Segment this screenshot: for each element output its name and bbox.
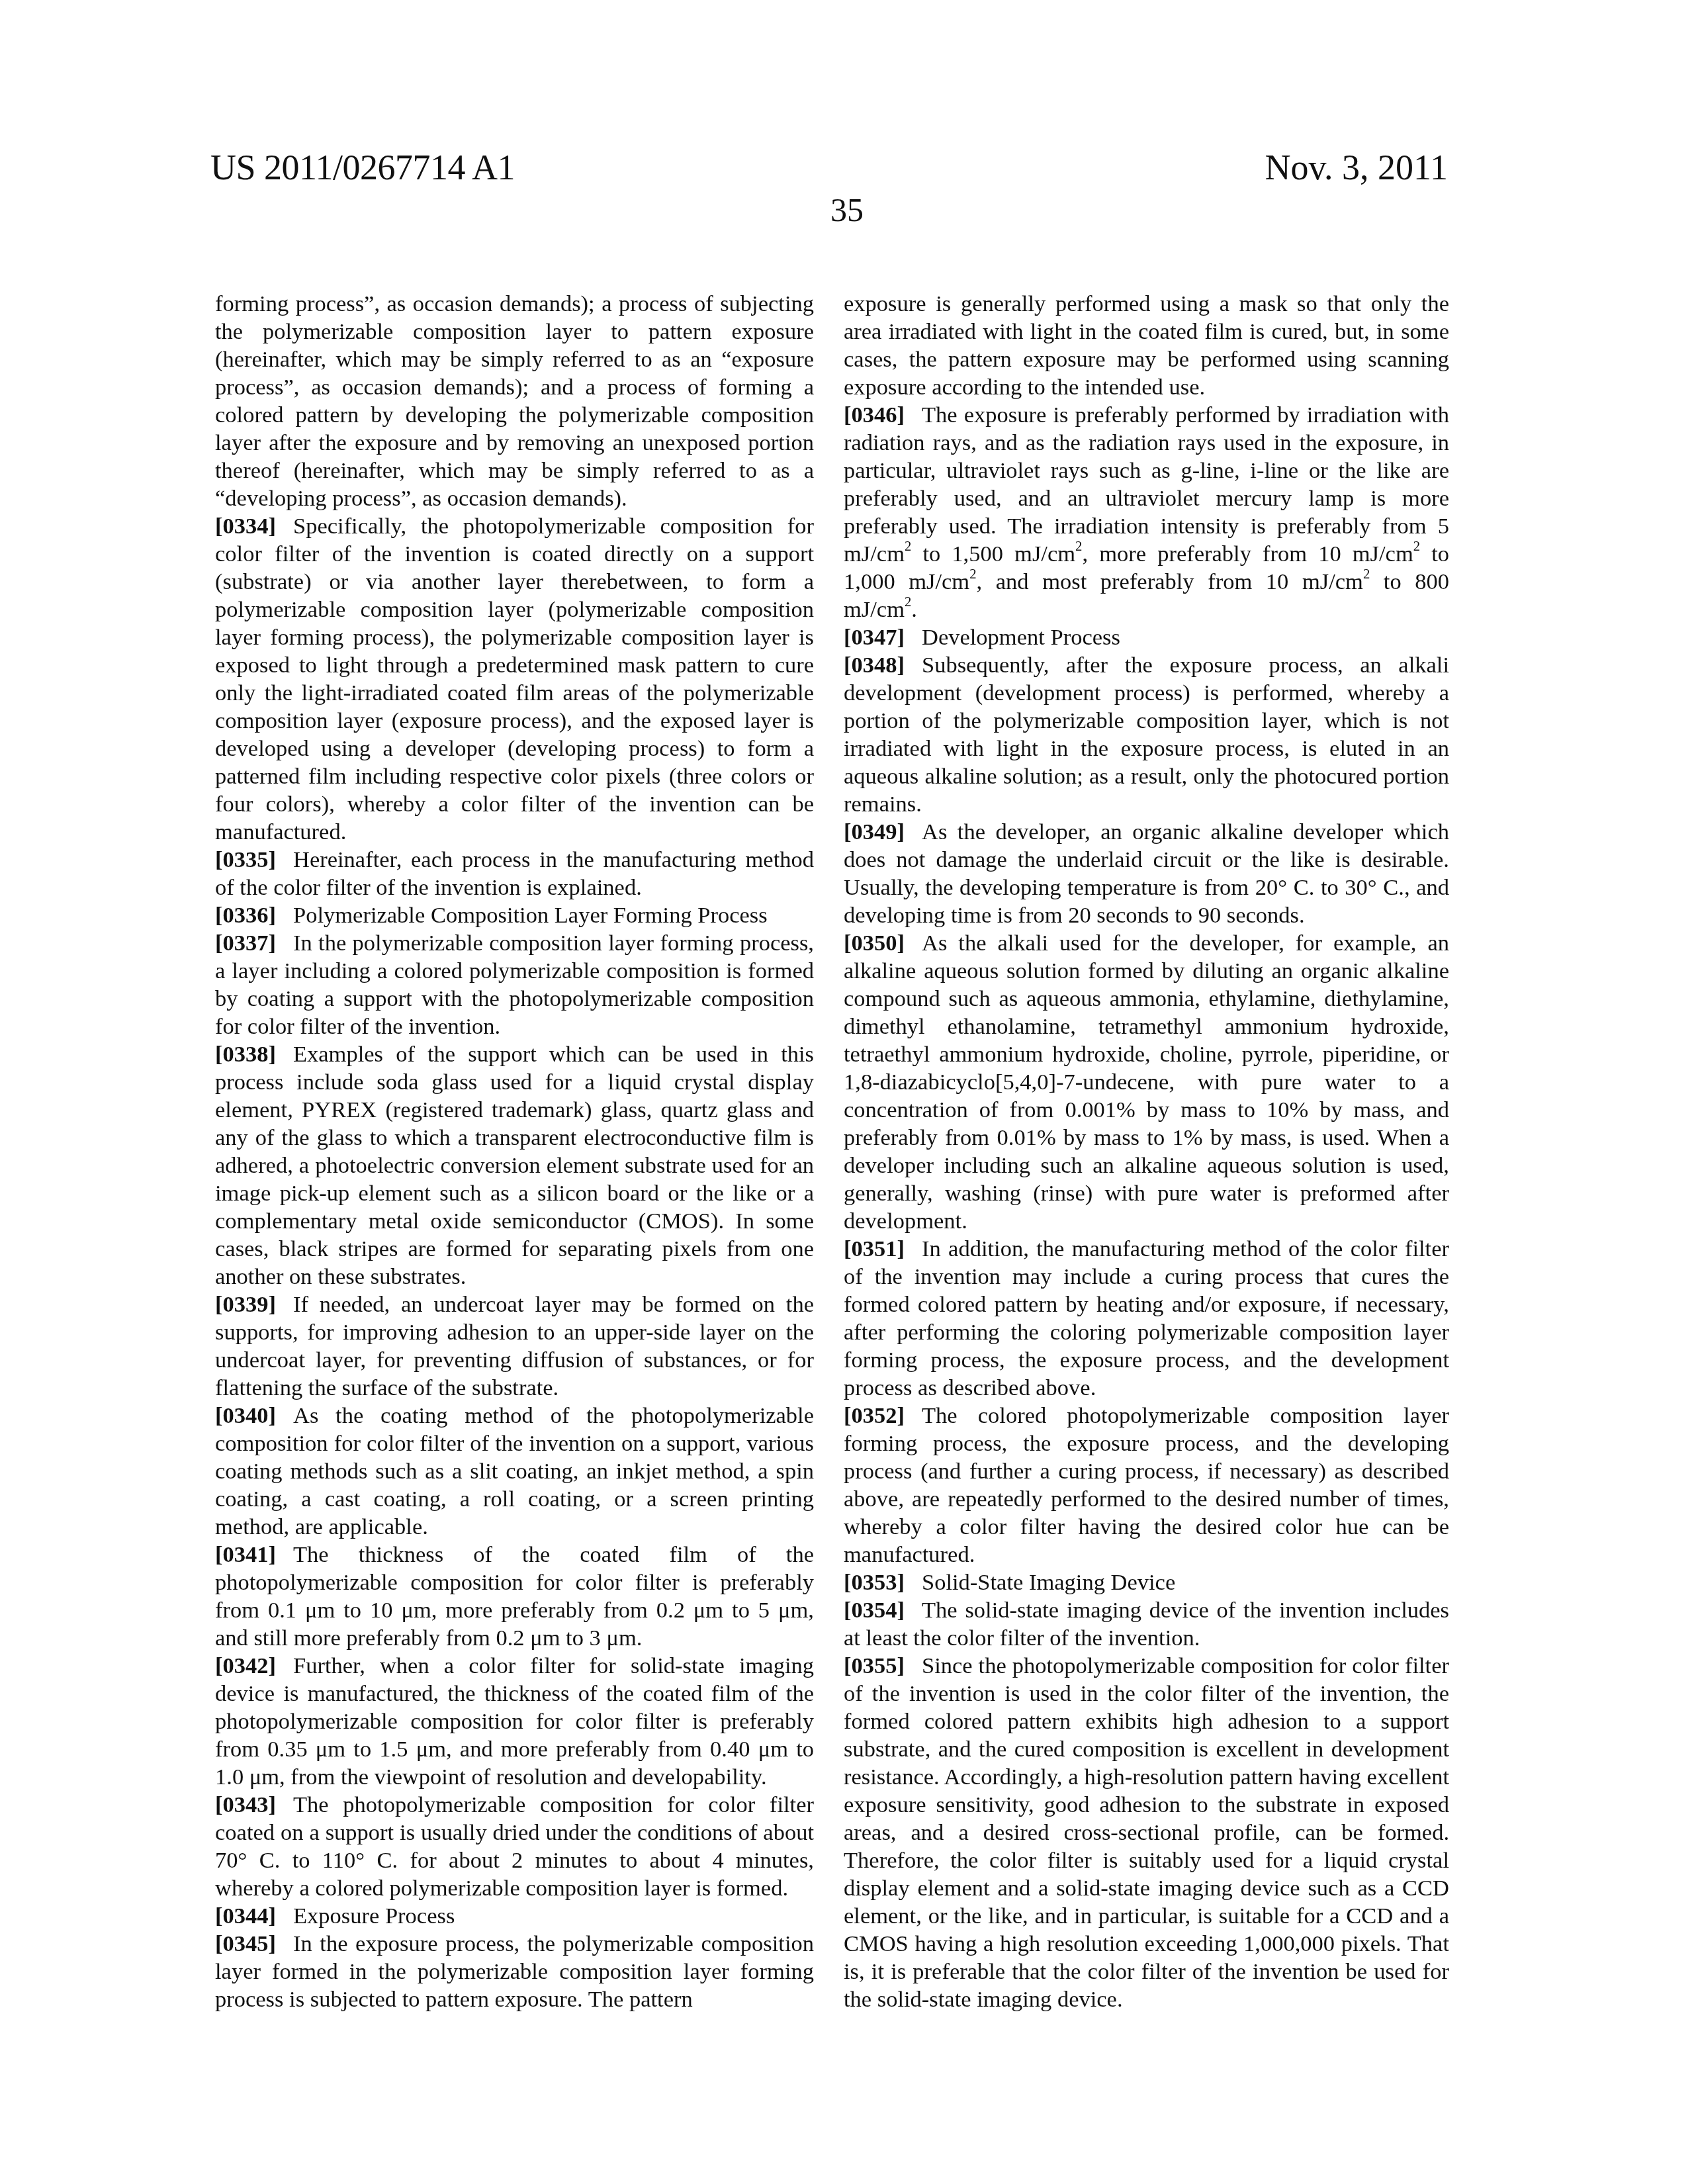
paragraph-text: Subsequently, after the exposure process… — [844, 653, 1449, 817]
paragraph-continuation: forming process”, as occasion demands); … — [215, 290, 814, 512]
paragraph-number: [0348] — [844, 653, 905, 678]
paragraph-text: In the polymerizable composition layer f… — [215, 931, 814, 1039]
publication-number: US 2011/0267714 A1 — [210, 147, 515, 188]
section-heading-0347: [0347]Development Process — [844, 623, 1449, 651]
paragraph-0342: [0342]Further, when a color filter for s… — [215, 1652, 814, 1791]
page-number: 35 — [0, 191, 1694, 229]
paragraph-0334: [0334]Specifically, the photopolymerizab… — [215, 512, 814, 846]
right-column: exposure is generally performed using a … — [844, 290, 1449, 2013]
paragraph-text: Hereinafter, each process in the manufac… — [215, 847, 814, 900]
paragraph-0355: [0355]Since the photopolymerizable compo… — [844, 1652, 1449, 2013]
paragraph-number: [0351] — [844, 1236, 905, 1261]
paragraph-number: [0343] — [215, 1792, 276, 1817]
left-column: forming process”, as occasion demands); … — [215, 290, 814, 2013]
paragraph-number: [0352] — [844, 1403, 905, 1428]
paragraph-number: [0355] — [844, 1653, 905, 1678]
paragraph-0337: [0337]In the polymerizable composition l… — [215, 929, 814, 1040]
paragraph-number: [0347] — [844, 625, 905, 650]
section-heading-text: Polymerizable Composition Layer Forming … — [293, 903, 768, 928]
publication-date: Nov. 3, 2011 — [1265, 147, 1449, 188]
paragraph-0340: [0340]As the coating method of the photo… — [215, 1402, 814, 1541]
paragraph-0351: [0351]In addition, the manufacturing met… — [844, 1235, 1449, 1402]
paragraph-text: If needed, an undercoat layer may be for… — [215, 1292, 814, 1400]
paragraph-text: Specifically, the photopolymerizable com… — [215, 514, 814, 844]
paragraph-text: Further, when a color filter for solid-s… — [215, 1653, 814, 1790]
paragraph-text: The thickness of the coated film of the … — [215, 1542, 814, 1651]
paragraph-text: The solid-state imaging device of the in… — [844, 1598, 1449, 1651]
paragraph-0348: [0348]Subsequently, after the exposure p… — [844, 651, 1449, 818]
paragraph-text: The colored photopolymerizable compositi… — [844, 1403, 1449, 1567]
section-heading-text: Exposure Process — [293, 1903, 455, 1929]
paragraph-number: [0342] — [215, 1653, 276, 1678]
section-heading-0344: [0344]Exposure Process — [215, 1902, 814, 1930]
paragraph-0354: [0354]The solid-state imaging device of … — [844, 1596, 1449, 1652]
paragraph-number: [0354] — [844, 1598, 905, 1623]
paragraph-0350: [0350]As the alkali used for the develop… — [844, 929, 1449, 1235]
paragraph-number: [0350] — [844, 931, 905, 956]
paragraph-0346: [0346]The exposure is preferably perform… — [844, 401, 1449, 623]
paragraph-0341: [0341]The thickness of the coated film o… — [215, 1541, 814, 1652]
paragraph-number: [0335] — [215, 847, 276, 872]
paragraph-number: [0337] — [215, 931, 276, 956]
paragraph-number: [0336] — [215, 903, 276, 928]
paragraph-text: The photopolymerizable composition for c… — [215, 1792, 814, 1901]
paragraph-number: [0349] — [844, 819, 905, 844]
paragraph-text: In addition, the manufacturing method of… — [844, 1236, 1449, 1400]
paragraph-number: [0346] — [844, 402, 905, 428]
paragraph-number: [0353] — [844, 1570, 905, 1595]
paragraph-text: Since the photopolymerizable composition… — [844, 1653, 1449, 2012]
section-heading-0353: [0353]Solid-State Imaging Device — [844, 1569, 1449, 1596]
paragraph-text: As the alkali used for the developer, fo… — [844, 931, 1449, 1234]
paragraph-number: [0341] — [215, 1542, 276, 1567]
paragraph-number: [0334] — [215, 514, 276, 539]
paragraph-number: [0345] — [215, 1931, 276, 1956]
paragraph-text: The exposure is preferably performed by … — [844, 402, 1449, 622]
paragraph-0343: [0343]The photopolymerizable composition… — [215, 1791, 814, 1902]
paragraph-0338: [0338]Examples of the support which can … — [215, 1040, 814, 1291]
paragraph-text: exposure is generally performed using a … — [844, 291, 1449, 400]
paragraph-number: [0338] — [215, 1042, 276, 1067]
paragraph-0352: [0352]The colored photopolymerizable com… — [844, 1402, 1449, 1569]
paragraph-text: Examples of the support which can be use… — [215, 1042, 814, 1289]
paragraph-0339: [0339]If needed, an undercoat layer may … — [215, 1291, 814, 1402]
section-heading-0336: [0336]Polymerizable Composition Layer Fo… — [215, 901, 814, 929]
paragraph-0345: [0345]In the exposure process, the polym… — [215, 1930, 814, 2013]
paragraph-text: As the coating method of the photopolyme… — [215, 1403, 814, 1539]
paragraph-number: [0344] — [215, 1903, 276, 1929]
paragraph-0335: [0335]Hereinafter, each process in the m… — [215, 846, 814, 901]
paragraph-number: [0340] — [215, 1403, 276, 1428]
section-heading-text: Development Process — [922, 625, 1120, 650]
section-heading-text: Solid-State Imaging Device — [922, 1570, 1175, 1595]
paragraph-continuation: exposure is generally performed using a … — [844, 290, 1449, 401]
paragraph-0349: [0349]As the developer, an organic alkal… — [844, 818, 1449, 929]
paragraph-number: [0339] — [215, 1292, 276, 1317]
paragraph-text: forming process”, as occasion demands); … — [215, 291, 814, 511]
paragraph-text: In the exposure process, the polymerizab… — [215, 1931, 814, 2012]
paragraph-text: As the developer, an organic alkaline de… — [844, 819, 1449, 928]
